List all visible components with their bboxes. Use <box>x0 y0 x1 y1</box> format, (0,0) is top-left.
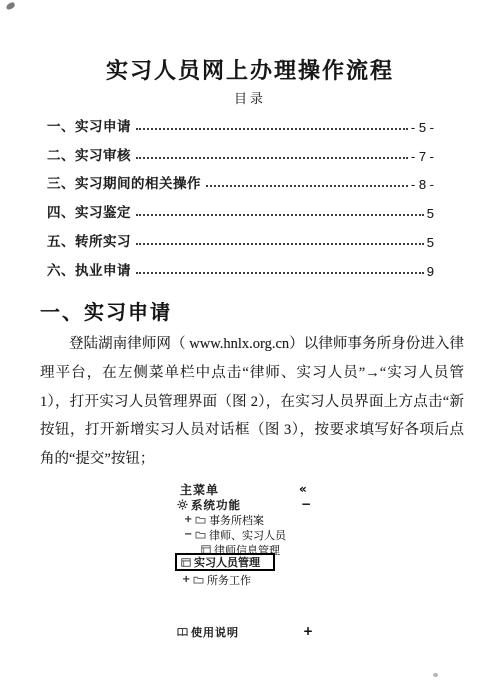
folder-icon <box>195 515 206 524</box>
toc-entry-label: 六、执业申请 <box>47 259 131 281</box>
expand-plus-icon: + <box>303 624 313 638</box>
toc-entry-label: 五、转所实习 <box>47 230 131 252</box>
toc-leader-dots <box>136 157 408 159</box>
menu-panel-title: 主菜单 <box>180 481 219 498</box>
menu-item-label: 事务所档案 <box>209 512 264 528</box>
toc-entry-page: 9 <box>427 264 434 281</box>
menu-item-lawyer-intern: − 律师、实习人员 <box>184 528 286 541</box>
menu-root-node: 系统功能 <box>177 498 241 511</box>
menu-item-office-work: + 所务工作 <box>182 573 251 586</box>
gear-icon <box>177 499 188 510</box>
toc-leader-dots <box>136 243 424 245</box>
toc-entry-page: 5 <box>427 206 434 223</box>
toc-entry-label: 二、实习审核 <box>47 144 131 166</box>
help-book-icon <box>177 627 188 637</box>
toc-entry: 三、实习期间的相关操作 - 8 - <box>47 166 434 195</box>
menu-item-label: 实习人员管理 <box>194 554 260 570</box>
menu-footer-help: 使用说明 <box>177 625 239 638</box>
toc-leader-dots <box>136 214 424 216</box>
toc-entry: 四、实习鉴定 5 <box>47 194 434 223</box>
toc-heading: 目录 <box>0 88 500 107</box>
scanned-document-page: 实习人员网上办理操作流程 目录 一、实习申请 - 5 - 二、实习审核 - 7 … <box>0 0 500 681</box>
toc-entry: 五、转所实习 5 <box>47 223 434 252</box>
toc-entry: 六、执业申请 9 <box>47 252 434 281</box>
body-paragraph: 登陆湖南律师网（ www.hnlx.org.cn）以律师事务所身份进入律师管 理… <box>40 330 464 474</box>
toc-entry-label: 三、实习期间的相关操作 <box>47 172 201 194</box>
table-of-contents: 一、实习申请 - 5 - 二、实习审核 - 7 - 三、实习期间的相关操作 - … <box>47 108 434 281</box>
toc-entry-page: - 8 - <box>411 177 434 194</box>
paragraph-line: 理平台，在左侧菜单栏中点击“律师、实习人员”→“实习人员管理”（图 <box>40 359 464 388</box>
toc-entry: 一、实习申请 - 5 - <box>47 108 434 137</box>
toc-entry-label: 四、实习鉴定 <box>47 201 131 223</box>
menu-item-label: 律师、实习人员 <box>209 527 286 543</box>
scan-artifact-top-left <box>5 2 15 10</box>
toc-leader-dots <box>136 128 408 130</box>
collapse-minus-icon: − <box>184 529 192 540</box>
paragraph-line: 角的“提交”按钮； <box>40 445 464 474</box>
collapse-chevrons-icon: « <box>299 482 307 496</box>
toc-entry-page: 5 <box>427 235 434 252</box>
toc-entry-label: 一、实习申请 <box>47 115 131 137</box>
toc-leader-dots <box>136 272 424 274</box>
menu-item-intern-management-highlighted: 实习人员管理 <box>175 553 275 571</box>
paragraph-line: 按钮，打开新增实习人员对话框（图 3），按要求填写好各项后点击右下 <box>40 416 464 445</box>
toc-entry-page: - 5 - <box>411 120 434 137</box>
folder-icon <box>195 530 206 539</box>
expand-plus-icon: + <box>182 574 190 585</box>
menu-panel-header: 主菜单 <box>180 483 219 496</box>
expand-plus-icon: + <box>184 514 192 525</box>
paragraph-line: 登陆湖南律师网（ www.hnlx.org.cn）以律师事务所身份进入律师管 <box>40 330 464 359</box>
section-heading: 一、实习申请 <box>40 296 172 325</box>
document-icon <box>181 558 191 567</box>
toc-entry-page: - 7 - <box>411 149 434 166</box>
embedded-menu-screenshot: 主菜单 « 系统功能 − + 事务所档案 − 律师、实习人员 <box>175 480 327 644</box>
paragraph-line: 1），打开实习人员管理界面（图 2），在实习人员界面上方点击“新增” <box>40 388 464 417</box>
scan-artifact-bottom-right <box>433 673 438 677</box>
menu-item-label: 所务工作 <box>207 572 251 588</box>
toc-leader-dots <box>206 185 408 187</box>
menu-item-firm-archive: + 事务所档案 <box>184 513 264 526</box>
menu-footer-label: 使用说明 <box>191 624 239 640</box>
toc-entry: 二、实习审核 - 7 - <box>47 137 434 166</box>
menu-root-label: 系统功能 <box>191 497 241 513</box>
folder-icon <box>193 575 204 584</box>
collapse-minus-icon: − <box>301 497 311 511</box>
document-title: 实习人员网上办理操作流程 <box>0 54 500 85</box>
